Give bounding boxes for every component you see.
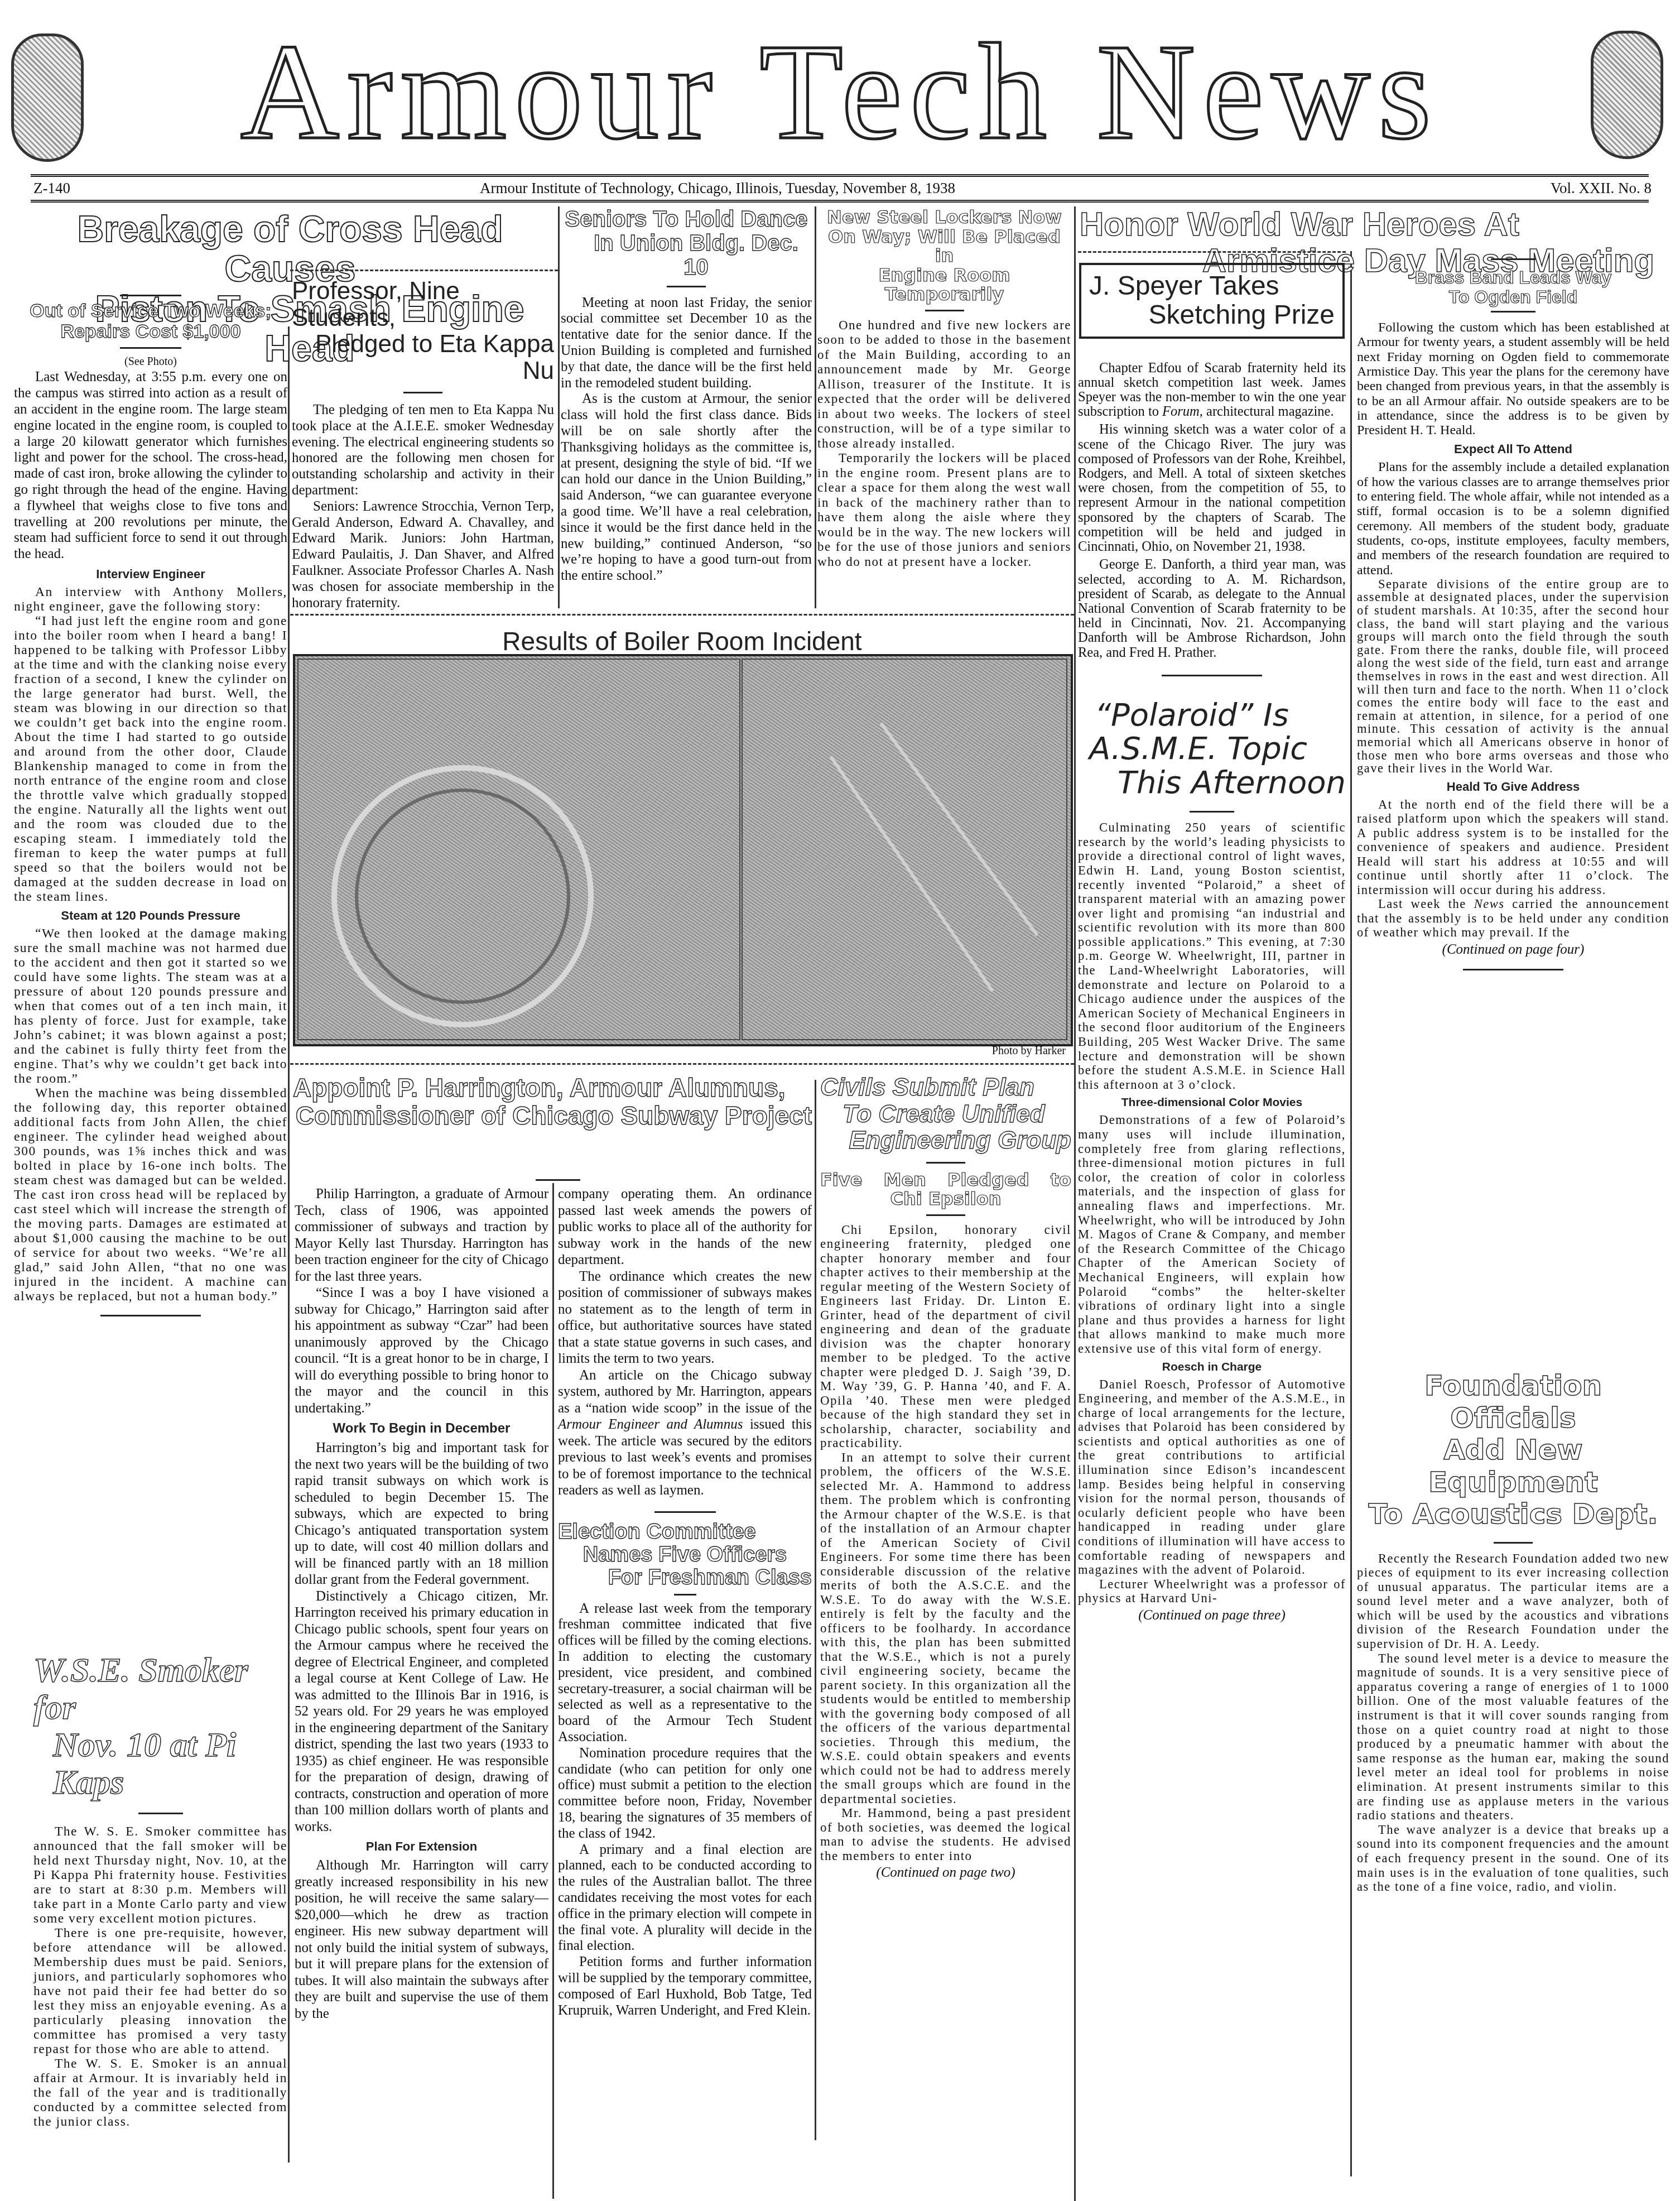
civils-headline: Civils Submit Plan To Create Unified Eng…: [820, 1074, 1071, 1154]
boiler-room-photo: [293, 654, 1073, 1046]
eta-kappa-nu-article: Professor, Nine Students, Pledged to Eta…: [292, 278, 554, 611]
harrington-column-1: Philip Harrington, a graduate of Armour …: [295, 1186, 548, 2022]
civils-article: Civils Submit Plan To Create Unified Eng…: [820, 1074, 1071, 1881]
senior-dance-article: Seniors To Hold Dance In Union Bldg. Dec…: [561, 208, 812, 584]
column-divider: [288, 326, 290, 2162]
column-divider: [1074, 206, 1076, 2201]
acoustics-article: Foundation Officials Add New Equipment T…: [1357, 1370, 1669, 1894]
section-rule: [290, 270, 558, 271]
masthead-rule-top: [31, 174, 1649, 177]
subhead: Heald To Give Address: [1357, 780, 1669, 794]
harrington-headline: Appoint P. Harrington, Armour Alumnus, C…: [293, 1074, 812, 1130]
speyer-article: J. Speyer Takes Sketching Prize Chapter …: [1078, 251, 1346, 1623]
armistice-deck: Brass Band Leads Way To Ogden Field: [1357, 268, 1669, 306]
wse-smoker-article: W.S.E. Smoker for Nov. 10 at Pi Kaps The…: [33, 1652, 287, 2129]
subhead: Interview Engineer: [14, 567, 287, 582]
cross-head-deck: Out of Service Two Weeks; Repairs Cost $…: [14, 301, 287, 342]
subhead: Plan For Extension: [295, 1839, 548, 1854]
acoustics-headline: Foundation Officials Add New Equipment T…: [1357, 1370, 1669, 1531]
continued-on-page-two[interactable]: (Continued on page two): [820, 1865, 1071, 1881]
subhead: Work To Begin in December: [295, 1421, 548, 1436]
armour-seal-icon-right: [1591, 31, 1663, 159]
senior-dance-headline: Seniors To Hold Dance In Union Bldg. Dec…: [561, 208, 812, 280]
column-divider: [815, 206, 816, 608]
continued-on-page-three[interactable]: (Continued on page three): [1078, 1608, 1346, 1623]
section-rule: [290, 614, 1074, 616]
chi-epsilon-deck: Five Men Pledged to Chi Epsilon: [820, 1170, 1071, 1209]
speyer-headline-box: J. Speyer Takes Sketching Prize: [1079, 263, 1345, 339]
wse-smoker-headline: W.S.E. Smoker for Nov. 10 at Pi Kaps: [33, 1652, 287, 1801]
see-photo-note: (See Photo): [14, 355, 287, 368]
cross-head-article: Out of Service Two Weeks; Repairs Cost $…: [14, 279, 287, 1316]
newspaper-title: Armour Tech News: [184, 22, 1495, 162]
lockers-headline: New Steel Lockers Now On Way; Will Be Pl…: [817, 208, 1071, 304]
subhead: Three-dimensional Color Movies: [1078, 1096, 1346, 1109]
subhead: Steam at 120 Pounds Pressure: [14, 909, 287, 923]
polaroid-headline: “Polaroid” Is A.S.M.E. Topic This Aftern…: [1078, 699, 1346, 800]
eta-kappa-nu-headline: Professor, Nine Students, Pledged to Eta…: [292, 278, 554, 384]
armour-seal-icon-left: [11, 33, 84, 162]
dateline-bar: Z-140 Armour Institute of Technology, Ch…: [33, 180, 1652, 202]
dateline: Armour Institute of Technology, Chicago,…: [480, 180, 955, 197]
photo-credit: Photo by Harker: [893, 1045, 1066, 1058]
section-rule: [290, 1063, 1074, 1065]
armistice-article: Brass Band Leads Way To Ogden Field Foll…: [1357, 254, 1669, 970]
column-divider: [815, 1080, 816, 2140]
continued-on-page-four[interactable]: (Continued on page four): [1357, 942, 1669, 958]
subhead: Expect All To Attend: [1357, 442, 1669, 456]
masthead-rule-bottom: [31, 200, 1649, 203]
column-divider: [1350, 251, 1352, 2176]
photo-detail-icon: [295, 656, 1071, 1044]
column-divider: [552, 1183, 554, 2199]
photo-caption: Results of Boiler Room Incident: [290, 628, 1074, 656]
archive-code: Z-140: [33, 180, 70, 197]
polaroid-article: “Polaroid” Is A.S.M.E. Topic This Aftern…: [1078, 699, 1346, 1623]
lockers-article: New Steel Lockers Now On Way; Will Be Pl…: [817, 208, 1071, 569]
harrington-column-2: company operating them. An ordinance pas…: [558, 1186, 812, 2019]
subhead: Roesch in Charge: [1078, 1361, 1346, 1374]
election-headline: Election Committee Names Five Officers F…: [558, 1521, 812, 1589]
volume-number: Vol. XXII. No. 8: [1551, 180, 1652, 197]
election-article: Election Committee Names Five Officers F…: [558, 1521, 812, 2019]
